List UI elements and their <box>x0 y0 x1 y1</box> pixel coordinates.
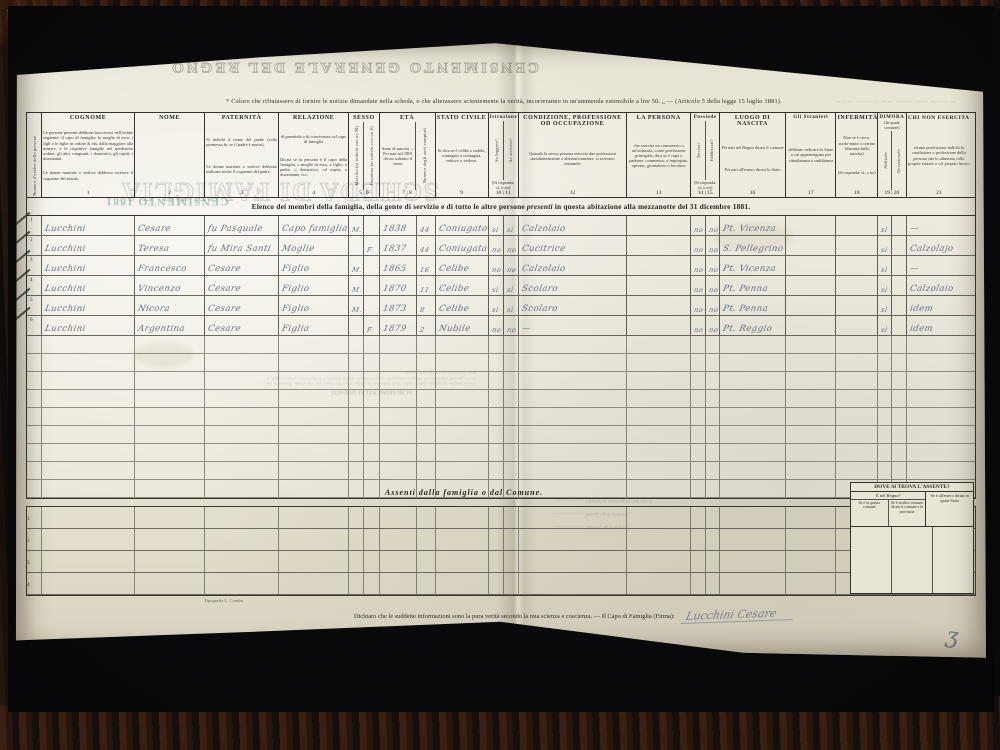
cell-d1: sì <box>878 256 892 275</box>
header-paternita-title: PATERNITÀ <box>206 115 277 121</box>
header-nascita-num: 16 <box>721 190 784 196</box>
paper-stain <box>134 342 194 368</box>
cell-prof: Calzolaio <box>519 216 627 235</box>
header-stranieri-title: Gli Stranieri <box>787 115 834 120</box>
cell-relaz: Moglie <box>279 236 349 255</box>
printer-imprint: Tipografia L. Comba. <box>204 598 244 603</box>
table-header-row: Numero d'ordine delle persone COGNOME Le… <box>27 113 975 198</box>
cell-m <box>349 236 364 255</box>
header-infermita: INFERMITÀ Dire se è cieco, sordo-muto o … <box>836 113 878 197</box>
cell-d1: sì <box>878 276 892 295</box>
cell-anni: 44 <box>417 216 436 235</box>
cell-chi: idem <box>907 316 971 335</box>
cell-d1: sì <box>878 216 892 235</box>
pen-flourish: ʒ <box>944 623 960 649</box>
header-stranieri-note: debbono indicare lo Stato a cui apparten… <box>787 147 834 163</box>
cell-d2 <box>892 216 906 235</box>
empty-row <box>27 390 975 408</box>
absent-row: 3 <box>27 551 975 573</box>
cell-leg: sì <box>489 216 504 235</box>
table-body: 1LucchiniCesarefu PasqualeCapo famigliaM… <box>27 216 975 336</box>
cell-f <box>364 216 379 235</box>
cell-d2 <box>892 256 906 275</box>
header-relazione: RELAZIONE di parentela o di convivenza c… <box>279 113 349 197</box>
cell-pers <box>627 316 691 335</box>
header-nascita-title: LUOGO DI NASCITA <box>721 115 784 127</box>
empty-row <box>27 372 975 390</box>
cell-f: F. <box>364 236 379 255</box>
header-paternita-note: Si indichi il nome del padre (colla prem… <box>206 137 277 147</box>
header-possiede-nums: 14 | 15 <box>692 190 717 196</box>
cell-cognome: Lucchini <box>42 256 135 275</box>
empty-row <box>27 462 975 480</box>
cell-pers <box>627 216 691 235</box>
cell-chi: idem <box>907 296 971 315</box>
cell-pater: Cesare <box>205 316 279 335</box>
cell-scr: sì <box>504 216 519 235</box>
header-cognome-title: COGNOME <box>43 115 133 121</box>
header-sesso: SESSO Maschio (si indichi con un M) Femm… <box>349 113 379 197</box>
cell-anni: 44 <box>417 236 436 255</box>
cell-pater: Cesare <box>205 296 279 315</box>
cell-leg: no <box>489 316 504 335</box>
header-nome-title: NOME <box>136 115 203 121</box>
cell-m: M. <box>349 216 364 235</box>
header-eta-nums: 7 | 8 <box>381 190 434 196</box>
table-row: 2LucchiniTeresafu Mira SantiMoglieF.1837… <box>27 236 975 256</box>
cell-cognome: Lucchini <box>42 236 135 255</box>
cell-fabb: no <box>706 316 720 335</box>
cell-pers <box>627 296 691 315</box>
cell-leg: sì <box>489 276 504 295</box>
header-chi-non-note: alcuna professione indichi la condizione… <box>908 145 970 166</box>
cell-nasc: Pt. Penna <box>720 296 786 315</box>
cell-scr: no <box>504 316 519 335</box>
census-table: Numero d'ordine delle persone COGNOME Le… <box>26 112 976 499</box>
table-row: 1LucchiniCesarefu PasqualeCapo famigliaM… <box>27 216 975 236</box>
cell-inf <box>836 316 878 335</box>
header-stato-title: STATO CIVILE <box>437 115 487 121</box>
header-stato-civile: STATO CIVILE Si dica se è celibe o nubil… <box>436 113 489 197</box>
header-cognome-num: 1 <box>43 190 133 196</box>
header-istruzione-nums: 10 | 11 <box>490 190 517 196</box>
header-istruzione-title: Istruzione <box>490 115 517 120</box>
cell-scr: sì <box>504 296 519 315</box>
cell-anno: 1837 <box>380 236 417 255</box>
cell-stran <box>786 216 836 235</box>
cell-leg: no <box>489 256 504 275</box>
cell-scr: sì <box>504 276 519 295</box>
cell-anno: 1838 <box>380 216 417 235</box>
cell-anni: 8 <box>417 296 436 315</box>
absent-row: 1 <box>27 507 975 529</box>
header-istruzione: Istruzione Sa leggere? Sa scrivere? (Si … <box>489 113 519 197</box>
header-numero-label: Numero d'ordine delle persone <box>32 115 37 196</box>
subtitle-part2: in questa abitazione alla mezzanotte del… <box>555 202 751 211</box>
header-persona-note: che esercita un commercio o un'industria… <box>628 143 689 169</box>
cell-inf <box>836 236 878 255</box>
absent-abroad-label: Se è all'estero dicasi in quale Stato <box>926 492 973 526</box>
cell-num: 5 <box>27 296 42 315</box>
cell-stato: Celibe <box>436 256 489 275</box>
cell-fabb: no <box>706 256 720 275</box>
cell-nasc: Pt. Reggio <box>720 316 786 335</box>
header-stranieri-num: 17 <box>787 190 834 196</box>
cell-chi: — <box>907 216 971 235</box>
header-sesso-title: SESSO <box>350 115 377 121</box>
cell-f: F. <box>364 316 379 335</box>
census-sheet: CENSIMENTO GENERALE DEL REGNO SCHEDA DI … <box>14 42 986 664</box>
cell-fabb: no <box>706 296 720 315</box>
cell-terr: no <box>691 216 705 235</box>
header-sesso-maschio: Maschio (si indichi con un M) <box>354 126 359 186</box>
header-condizione-title: CONDIZIONE, PROFESSIONE OD OCCUPAZIONE <box>520 115 625 127</box>
cell-prof: Scolaro <box>519 296 627 315</box>
cell-nome: Vincenzo <box>135 276 205 295</box>
header-infermita-title: INFERMITÀ <box>837 115 876 121</box>
cell-nasc: Pt. Vicenza <box>720 256 786 275</box>
cell-prof: — <box>519 316 627 335</box>
cell-inf <box>836 296 878 315</box>
table-row: 6LucchiniArgentinaCesareFigliaF.18792Nub… <box>27 316 975 336</box>
cell-pers <box>627 256 691 275</box>
penalty-annotation: * Coloro che rifiutassero di fornire le … <box>74 98 934 105</box>
cell-pater: Cesare <box>205 256 279 275</box>
head-of-family-signature: Lucchini Cesare <box>681 606 796 624</box>
cell-prof: Cucitrice <box>519 236 627 255</box>
cell-d2 <box>892 276 906 295</box>
cell-terr: no <box>691 296 705 315</box>
cell-anno: 1865 <box>380 256 417 275</box>
header-stato-num: 9 <box>437 190 487 196</box>
cell-anno: 1870 <box>380 276 417 295</box>
cell-num: 2 <box>27 236 42 255</box>
header-possiede-title: Possiede <box>692 115 717 120</box>
cell-d1: sì <box>878 296 892 315</box>
header-chi-non-num: 21 <box>908 190 970 196</box>
header-nascita: LUOGO DI NASCITA Pei nati nel Regno dica… <box>720 113 786 197</box>
header-istruzione-note: (Si risponda: sì, o no) <box>490 180 517 190</box>
header-dimora: DIMORA (In quale comune) Abituale Occasi… <box>878 113 906 197</box>
header-nome: NOME 2 <box>135 113 205 197</box>
cell-relaz: Figlio <box>279 276 349 295</box>
header-sesso-femmina: Femmina (si indichi con un F) <box>369 126 374 186</box>
header-dimora-nums: 19 | 20 <box>879 190 904 196</box>
cell-stato: Nubile <box>436 316 489 335</box>
table-row: 4LucchiniVincenzoCesareFiglioM.187011Cel… <box>27 276 975 296</box>
declaration-line: Dichiaro che le suddette informazioni so… <box>354 608 974 622</box>
cell-inf <box>836 256 878 275</box>
cell-stran <box>786 256 836 275</box>
cell-inf <box>836 276 878 295</box>
absent-row: 4 <box>27 573 975 595</box>
cell-leg: no <box>489 236 504 255</box>
header-dimora-sub: (In quale comune) <box>879 120 904 130</box>
absent-section-heading: Assenti dalla famiglia o dal Comune. <box>244 488 684 497</box>
cell-stran <box>786 296 836 315</box>
cell-nome: Nicora <box>135 296 205 315</box>
cell-anni: 16 <box>417 256 436 275</box>
cell-terr: no <box>691 256 705 275</box>
header-condizione-note: Quando la stessa persona esercita due pr… <box>520 151 625 167</box>
header-nome-num: 2 <box>136 190 203 196</box>
cell-terr: no <box>691 276 705 295</box>
cell-num: 3 <box>27 256 42 275</box>
cell-prof: Calzolaio <box>519 256 627 275</box>
cell-chi: Calzolaio <box>907 276 971 295</box>
header-stato-note: Si dica se è celibe o nubile, coniugato … <box>437 148 487 164</box>
cell-stran <box>786 236 836 255</box>
header-nascita-note: Pei nati nel Regno dicasi il comune <box>721 145 784 150</box>
table-row: 5LucchiniNicoraCesareFiglioM.18738Celibe… <box>27 296 975 316</box>
cell-chi: — <box>907 256 971 275</box>
header-paternita-note2: Le donne maritate o vedove debbono indic… <box>206 164 277 174</box>
cell-nasc: Pt. Penna <box>720 276 786 295</box>
header-eta-anno-note: Anno di nascita — Pei nati nel 1881 dica… <box>381 146 416 167</box>
cell-relaz: Capo famiglia <box>279 216 349 235</box>
cell-cognome: Lucchini <box>42 296 135 315</box>
absent-where-title: DOVE SI TROVA L'ASSENTE? <box>851 483 973 492</box>
empty-row <box>27 408 975 426</box>
cell-num: 4 <box>27 276 42 295</box>
cell-leg: sì <box>489 296 504 315</box>
cell-m: M. <box>349 276 364 295</box>
header-cognome: COGNOME Le persone presenti debbono insc… <box>42 113 135 197</box>
header-possiede-note: (Si risponda: sì, o no) <box>692 180 717 190</box>
cell-pater: fu Pasquale <box>205 216 279 235</box>
cell-scr: no <box>504 256 519 275</box>
header-stranieri: Gli Stranieri debbono indicare lo Stato … <box>786 113 836 197</box>
cell-relaz: Figlia <box>279 316 349 335</box>
header-relazione-sub: di parentela o di convivenza col capo di… <box>280 134 347 144</box>
absent-where-cells <box>851 527 973 593</box>
cell-stato: Celibe <box>436 276 489 295</box>
declaration-text: Dichiaro che le suddette informazioni so… <box>354 613 675 620</box>
cell-num: 6 <box>27 316 42 335</box>
header-numero: Numero d'ordine delle persone <box>27 113 42 197</box>
header-eta-anni-label: Numero degli anni compiuti <box>422 128 427 183</box>
cell-nome: Francesco <box>135 256 205 275</box>
header-relazione-note: Dicasi se la persona è il capo della fam… <box>280 157 347 178</box>
header-chi-non-esercita: CHI NON ESERCITA alcuna professione indi… <box>907 113 971 197</box>
header-relazione-num: 4 <box>280 190 347 196</box>
cell-stato: Coniugato <box>436 216 489 235</box>
absent-row: 2 <box>27 529 975 551</box>
header-sesso-nums: 5 | 6 <box>350 190 377 196</box>
cell-anni: 11 <box>417 276 436 295</box>
header-paternita: PATERNITÀ Si indichi il nome del padre (… <box>205 113 279 197</box>
header-infermita-num: 18 <box>837 190 876 196</box>
header-dimora-abituale: Abituale <box>883 152 888 169</box>
cell-terr: no <box>691 236 705 255</box>
cell-f <box>364 296 379 315</box>
subtitle-part1: Elenco dei membri della famiglia, della … <box>252 202 525 211</box>
absent-other-comune-label: Se è in altro comune dicasi il comune e … <box>889 500 926 526</box>
cell-nome: Cesare <box>135 216 205 235</box>
cell-f <box>364 276 379 295</box>
cell-d2 <box>892 316 906 335</box>
cell-f <box>364 256 379 275</box>
table-subtitle: Elenco dei membri della famiglia, della … <box>27 198 975 216</box>
header-terreni: Terreni? <box>696 142 701 158</box>
header-fabbricati: Fabbricati? <box>709 139 714 161</box>
cell-stato: Coniugata <box>436 236 489 255</box>
cell-scr: no <box>504 236 519 255</box>
header-eta: ETÀ Anno di nascita — Pei nati nel 1881 … <box>380 113 436 197</box>
table-row: 3LucchiniFrancescoCesareFiglioM.186516Ce… <box>27 256 975 276</box>
cell-nome: Argentina <box>135 316 205 335</box>
cell-m <box>349 316 364 335</box>
header-relazione-title: RELAZIONE <box>280 115 347 121</box>
cell-anno: 1873 <box>380 296 417 315</box>
header-dimora-occasionale: Occasionale <box>896 149 901 173</box>
header-cognome-note2: Le donne maritate o vedove debbono scriv… <box>43 170 133 180</box>
cell-stato: Celibe <box>436 296 489 315</box>
header-sa-leggere: Sa leggere? <box>494 139 499 162</box>
empty-row <box>27 426 975 444</box>
absent-where-block: DOVE SI TROVA L'ASSENTE? È nel Regno? Se… <box>850 482 974 594</box>
cell-pers <box>627 276 691 295</box>
empty-row <box>27 444 975 462</box>
cell-d1: sì <box>878 236 892 255</box>
header-persona-num: 13 <box>628 190 689 196</box>
header-cognome-note: Le persone presenti debbono inscriversi … <box>43 130 133 161</box>
cell-prof: Scolaro <box>519 276 627 295</box>
header-paternita-num: 3 <box>206 190 277 196</box>
header-chi-non-title: CHI NON ESERCITA <box>908 115 970 121</box>
cell-cognome: Lucchini <box>42 276 135 295</box>
subtitle-presenti: presenti <box>527 202 553 211</box>
absent-in-regno-label: È nel Regno? <box>851 492 925 500</box>
cell-fabb: no <box>706 276 720 295</box>
cell-d2 <box>892 236 906 255</box>
cell-d1: sì <box>878 316 892 335</box>
cell-m: M. <box>349 256 364 275</box>
header-condizione-num: 12 <box>520 190 625 196</box>
cell-pater: Cesare <box>205 276 279 295</box>
cell-pers <box>627 236 691 255</box>
header-persona: LA PERSONA che esercita un commercio o u… <box>627 113 691 197</box>
cell-nome: Teresa <box>135 236 205 255</box>
cell-anno: 1879 <box>380 316 417 335</box>
cell-stran <box>786 276 836 295</box>
cell-m: M. <box>349 296 364 315</box>
cell-d2 <box>892 296 906 315</box>
header-infermita-note2: (Si risponda: sì, o no) <box>837 170 876 175</box>
header-persona-title: LA PERSONA <box>628 115 689 121</box>
cell-relaz: Figlio <box>279 256 349 275</box>
cell-relaz: Figlio <box>279 296 349 315</box>
header-infermita-note: Dire se è cieco, sordo-muto o cretino (d… <box>837 135 876 156</box>
paper-stain <box>714 222 794 252</box>
cell-cognome: Lucchini <box>42 316 135 335</box>
header-sa-scrivere: Sa scrivere? <box>508 138 513 162</box>
absent-table: 1234 <box>26 506 976 596</box>
cell-cognome: Lucchini <box>42 216 135 235</box>
cell-inf <box>836 216 878 235</box>
header-possiede: Possiede Terreni? Fabbricati? (Si rispon… <box>691 113 719 197</box>
header-condizione: CONDIZIONE, PROFESSIONE OD OCCUPAZIONE Q… <box>519 113 627 197</box>
cell-pater: fu Mira Santi <box>205 236 279 255</box>
cell-chi: Calzolajo <box>907 236 971 255</box>
header-eta-title: ETÀ <box>381 115 434 121</box>
cell-stran <box>786 316 836 335</box>
absent-this-comune-label: Se è in questo comune <box>851 500 889 526</box>
header-nascita-note2: Pei nati all'estero dicasi lo Stato <box>721 167 784 172</box>
cell-terr: no <box>691 316 705 335</box>
cell-anni: 2 <box>417 316 436 335</box>
